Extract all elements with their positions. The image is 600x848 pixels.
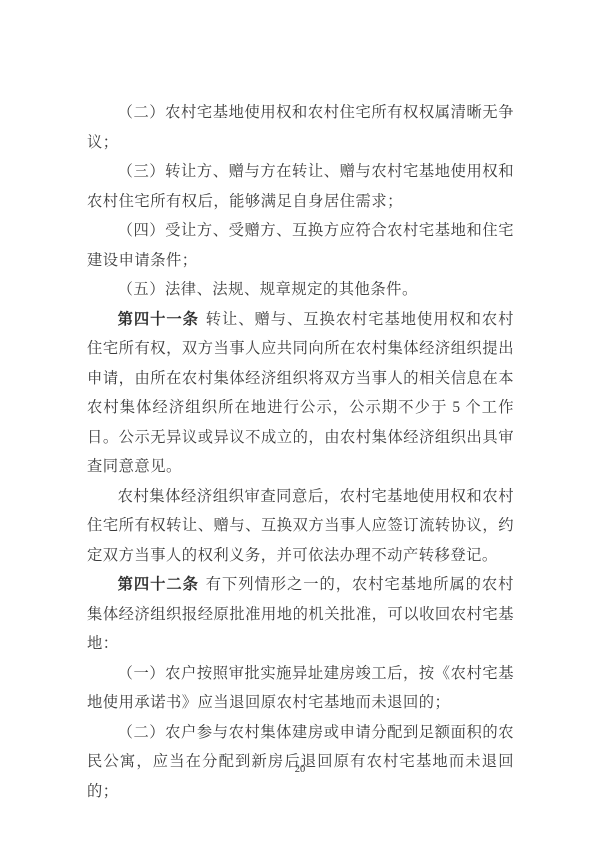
clause-item-3: （三）转让方、赠与方在转让、赠与农村宅基地使用权和农村住宅所有权后，能够满足自身… [87,157,514,216]
clause-text: （二）农户参与农村集体建房或申请分配到足额面积的农民公寓，应当在分配到新房后退回… [87,724,514,800]
clause-text: （三）转让方、赠与方在转让、赠与农村宅基地使用权和农村住宅所有权后，能够满足自身… [87,163,514,210]
clause-item-1: （一）农户按照审批实施异址建房竣工后，按《农村宅基地使用承诺书》应当退回原农村宅… [87,659,514,718]
article-41-heading: 第四十一条 [118,311,199,328]
article-42-heading: 第四十二条 [118,576,199,593]
article-41-paragraph-2: 农村集体经济组织审查同意后，农村宅基地使用权和农村住宅所有权转让、赠与、互换双方… [87,482,514,571]
clause-text: （一）农户按照审批实施异址建房竣工后，按《农村宅基地使用承诺书》应当退回原农村宅… [87,665,514,712]
page-number: 20 [0,764,600,775]
document-page: （二）农村宅基地使用权和农村住宅所有权权属清晰无争议； （三）转让方、赠与方在转… [0,0,600,848]
clause-text: （二）农村宅基地使用权和农村住宅所有权权属清晰无争议； [87,104,514,151]
clause-text: （五）法律、法规、规章规定的其他条件。 [118,281,418,298]
clause-item-2: （二）农村宅基地使用权和农村住宅所有权权属清晰无争议； [87,98,514,157]
clause-text: （四）受让方、受赠方、互换方应符合农村宅基地和住宅建设申请条件； [87,222,514,269]
document-body: （二）农村宅基地使用权和农村住宅所有权权属清晰无争议； （三）转让方、赠与方在转… [87,98,514,806]
article-41: 第四十一条转让、赠与、互换农村宅基地使用权和农村住宅所有权，双方当事人应共同向所… [87,305,514,482]
article-41-text: 转让、赠与、互换农村宅基地使用权和农村住宅所有权，双方当事人应共同向所在农村集体… [87,311,514,476]
clause-item-5: （五）法律、法规、规章规定的其他条件。 [87,275,514,305]
paragraph-text: 农村集体经济组织审查同意后，农村宅基地使用权和农村住宅所有权转让、赠与、互换双方… [87,488,514,564]
clause-item-4: （四）受让方、受赠方、互换方应符合农村宅基地和住宅建设申请条件； [87,216,514,275]
clause-item-2b: （二）农户参与农村集体建房或申请分配到足额面积的农民公寓，应当在分配到新房后退回… [87,718,514,807]
article-42: 第四十二条有下列情形之一的，农村宅基地所属的农村集体经济组织报经原批准用地的机关… [87,570,514,659]
